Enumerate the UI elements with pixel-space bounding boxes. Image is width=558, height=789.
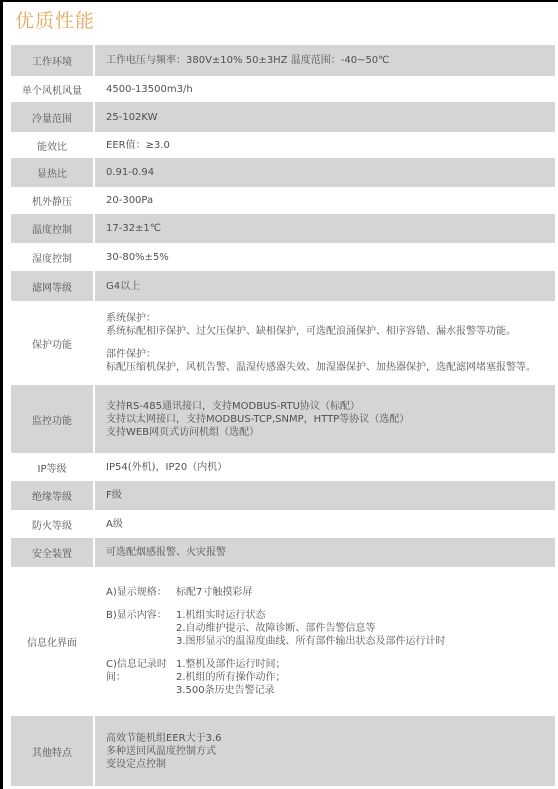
- row-label: IP等级: [11, 453, 93, 481]
- table-row-humidity-control: 湿度控制 30-80%±5%: [11, 243, 555, 271]
- record-time-item: 2.机组的所有操作动作；: [176, 671, 286, 684]
- display-content-item: 1.机组实时运行状态: [176, 609, 446, 622]
- row-label: 保护功能: [11, 301, 93, 385]
- table-row-eer: 能效比 EER值：≥3.0: [11, 132, 555, 158]
- page-title: 优质性能: [15, 6, 95, 33]
- component-protection-text: 标配压缩机保护，风机告警、温湿传感器失效、加湿器保护、加热器保护，选配滤网堵塞报…: [106, 361, 555, 374]
- row-value: F级: [95, 481, 555, 510]
- row-value: A级: [95, 510, 555, 538]
- record-time: C)信息记录时间： 1.整机及部件运行时间； 2.机组的所有操作动作； 3.50…: [106, 658, 555, 697]
- row-value: 30-80%±5%: [95, 243, 555, 271]
- component-protection-heading: 部件保护：: [106, 348, 555, 361]
- table-row-temp-control: 温度控制 17-32±1℃: [11, 214, 555, 243]
- row-value: EER值：≥3.0: [95, 132, 555, 158]
- table-row-protection: 保护功能 系统保护： 系统标配相序保护、过欠压保护、缺相保护，可选配浪涌保护、相…: [11, 301, 555, 385]
- feature-line: 变设定点控制: [106, 758, 555, 771]
- row-label: 机外静压: [11, 187, 93, 214]
- row-label: 其他特点: [11, 716, 93, 786]
- record-time-key: C)信息记录时间：: [106, 658, 176, 697]
- row-label: 信息化界面: [11, 567, 93, 716]
- row-label: 显热比: [11, 158, 93, 187]
- table-row-work-env: 工作环境 工作电压与频率：380V±10% 50±3HZ 温度范围：-40~50…: [11, 45, 555, 76]
- table-row-ip-rating: IP等级 IP54(外机)，IP20（内机）: [11, 453, 555, 481]
- monitoring-line: 支持以太网接口，支持MODBUS-TCP,SNMP，HTTP等协议（选配）: [106, 413, 555, 426]
- row-label: 滤网等级: [11, 271, 93, 301]
- row-value: 4500-13500m3/h: [95, 76, 555, 102]
- table-row-static-pressure: 机外静压 20-300Pa: [11, 187, 555, 214]
- display-content: B)显示内容： 1.机组实时运行状态 2.自动维护提示、故障诊断、部件告警信息等…: [106, 609, 555, 648]
- table-row-safety-device: 安全装置 可选配烟感报警、火灾报警: [11, 538, 555, 567]
- display-content-item: 2.自动维护提示、故障诊断、部件告警信息等: [176, 622, 446, 635]
- row-value: G4以上: [95, 271, 555, 301]
- row-label: 防火等级: [11, 510, 93, 538]
- monitoring-line: 支持WEB网页式访问机组（选配）: [106, 426, 555, 439]
- display-content-key: B)显示内容：: [106, 609, 176, 648]
- row-value: 17-32±1℃: [95, 214, 555, 243]
- row-value: 工作电压与频率：380V±10% 50±3HZ 温度范围：-40~50℃: [95, 45, 555, 76]
- row-value: 0.91-0.94: [95, 158, 555, 187]
- table-row-fire-rating: 防火等级 A级: [11, 510, 555, 538]
- system-protection-text: 系统标配相序保护、过欠压保护、缺相保护，可选配浪涌保护、相序容错、漏水报警等功能…: [106, 325, 555, 338]
- row-label: 单个风机风量: [11, 76, 93, 102]
- table-row-insulation: 绝缘等级 F级: [11, 481, 555, 510]
- table-row-cooling-range: 冷量范围 25-102KW: [11, 102, 555, 132]
- display-spec: A)显示规格： 标配7寸触摸彩屏: [106, 586, 555, 599]
- protection-details: 系统保护： 系统标配相序保护、过欠压保护、缺相保护，可选配浪涌保护、相序容错、漏…: [95, 301, 555, 385]
- table-row-shr: 显热比 0.91-0.94: [11, 158, 555, 187]
- other-features-details: 高效节能机组EER大于3.6 多种送回风温度控制方式 变设定点控制: [95, 716, 555, 786]
- table-row-other-features: 其他特点 高效节能机组EER大于3.6 多种送回风温度控制方式 变设定点控制: [11, 716, 555, 786]
- row-label: 安全装置: [11, 538, 93, 567]
- system-protection-heading: 系统保护：: [106, 312, 555, 325]
- feature-line: 多种送回风温度控制方式: [106, 745, 555, 758]
- row-label: 湿度控制: [11, 243, 93, 271]
- table-row-monitoring: 监控功能 支持RS-485通讯接口，支持MODBUS-RTU协议（标配） 支持以…: [11, 385, 555, 453]
- record-time-item: 1.整机及部件运行时间；: [176, 658, 286, 671]
- row-value: 可选配烟感报警、火灾报警: [95, 538, 555, 567]
- feature-line: 高效节能机组EER大于3.6: [106, 732, 555, 745]
- display-spec-value: 标配7寸触摸彩屏: [176, 586, 252, 599]
- record-time-item: 3.500条历史告警记录: [176, 684, 286, 697]
- row-value: 20-300Pa: [95, 187, 555, 214]
- row-label: 温度控制: [11, 214, 93, 243]
- row-value: IP54(外机)，IP20（内机）: [95, 453, 555, 481]
- row-value: 25-102KW: [95, 102, 555, 132]
- monitoring-details: 支持RS-485通讯接口，支持MODBUS-RTU协议（标配） 支持以太网接口，…: [95, 385, 555, 453]
- display-spec-key: A)显示规格：: [106, 586, 176, 599]
- table-row-filter-grade: 滤网等级 G4以上: [11, 271, 555, 301]
- table-row-info-interface: 信息化界面 A)显示规格： 标配7寸触摸彩屏 B)显示内容： 1.机组实时运行状…: [11, 567, 555, 716]
- row-label: 绝缘等级: [11, 481, 93, 510]
- spec-table: 工作环境 工作电压与频率：380V±10% 50±3HZ 温度范围：-40~50…: [11, 45, 555, 786]
- table-row-fan-airflow: 单个风机风量 4500-13500m3/h: [11, 76, 555, 102]
- row-label: 能效比: [11, 132, 93, 158]
- monitoring-line: 支持RS-485通讯接口，支持MODBUS-RTU协议（标配）: [106, 400, 555, 413]
- row-label: 工作环境: [11, 45, 93, 76]
- info-interface-details: A)显示规格： 标配7寸触摸彩屏 B)显示内容： 1.机组实时运行状态 2.自动…: [95, 567, 555, 716]
- display-content-item: 3.图形显示的温湿度曲线、所有部件输出状态及部件运行计时: [176, 635, 446, 648]
- row-label: 冷量范围: [11, 102, 93, 132]
- row-label: 监控功能: [11, 385, 93, 453]
